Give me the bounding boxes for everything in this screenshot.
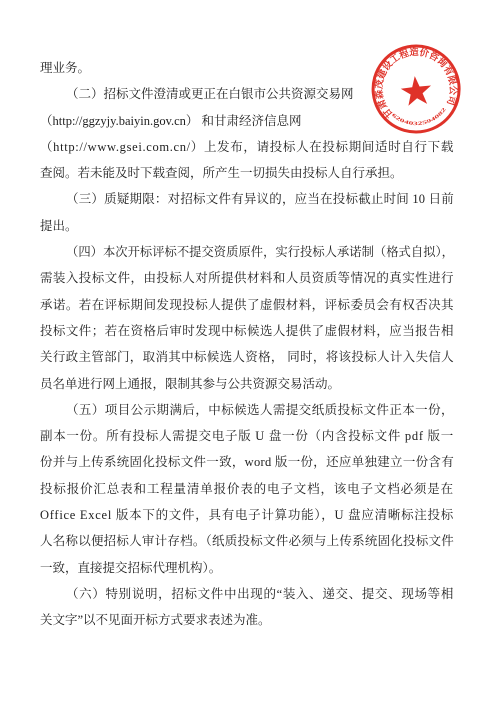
document-page: 理业务。（二）招标文件澄清或更正在白银市公共资源交易网（http://ggzyj… [0, 0, 500, 706]
text-line: 提出。 [40, 213, 454, 239]
text-line: 关行政主管部门，取消其中标候选人资格， 同时，将该投标人计入失信人 [40, 344, 454, 370]
text-line: 投标报价汇总表和工程量清单报价表的电子文档，该电子文档必须是在 [40, 476, 454, 502]
text-line: 一致，直接提交招标代理机构）。 [40, 555, 454, 581]
text-line: （三）质疑期限：对招标文件有异议的，应当在投标截止时间 10 日前 [40, 186, 454, 212]
text-line: 份并与上传系统固化投标文件一致，word 版一份，还应单独建立一份含有 [40, 449, 454, 475]
text-line: 投标文件；若在资格后审时发现中标候选人提供了虚假材料，应当报告相 [40, 318, 454, 344]
text-line: （http://www.gsei.com.cn/）上发布，请投标人在投标期间适时… [40, 134, 454, 160]
text-line: 人名称以便招标人审计存档。（纸质投标文件必须与上传系统固化投标文件 [40, 528, 454, 554]
text-line: 需装入投标文件，由投标人对所提供材料和人员资质等情况的真实性进行 [40, 265, 454, 291]
text-line: 关文字”以不见面开标方式要求表述为准。 [40, 607, 454, 633]
text-line: （二）招标文件澄清或更正在白银市公共资源交易网 [40, 81, 454, 107]
text-line: （http://ggzyjy.baiyin.gov.cn） 和甘肃经济信息网 [40, 108, 454, 134]
text-line: 承诺。若在评标期间发现投标人提供了虚假材料，评标委员会有权否决其 [40, 292, 454, 318]
text-line: 员名单进行网上通报，限制其参与公共资源交易活动。 [40, 371, 454, 397]
text-line: （五）项目公示期满后，中标候选人需提交纸质投标文件正本一份， [40, 397, 454, 423]
text-line: （四）本次开标评标不提交资质原件，实行投标人承诺制（格式自拟）， [40, 239, 454, 265]
text-line: 查阅。若未能及时下载查阅，所产生一切损失由投标人自行承担。 [40, 160, 454, 186]
text-line: （六）特别说明，招标文件中出现的“装入、递交、提交、现场等相 [40, 581, 454, 607]
text-line: Office Excel 版本下的文件，具有电子计算功能），U 盘应清晰标注投标 [40, 502, 454, 528]
text-line: 理业务。 [40, 55, 454, 81]
text-line: 副本一份。所有投标人需提交电子版 U 盘一份（内含投标文件 pdf 版一 [40, 423, 454, 449]
text-column: 理业务。（二）招标文件澄清或更正在白银市公共资源交易网（http://ggzyj… [40, 55, 454, 634]
